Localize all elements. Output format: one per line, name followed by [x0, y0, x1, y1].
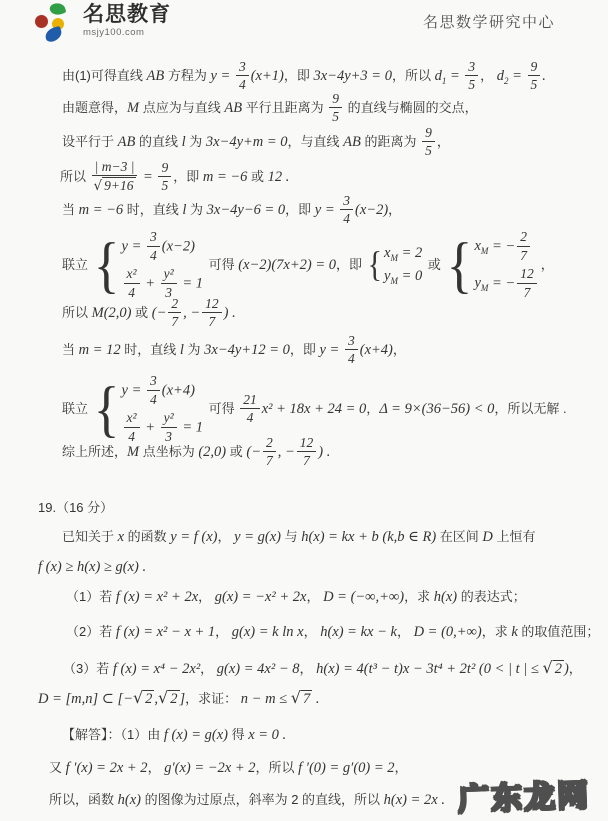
sol18-case-m-12: 当 m = 12 时，直线 l 为 3x−4y+12 = 0，即 y = 34(… — [62, 332, 406, 368]
radical-sign: √ — [543, 658, 553, 677]
math-run: f ′(x) = 2x + 2 — [66, 760, 148, 776]
math-run: h(x) — [118, 792, 141, 808]
denominator: 7 — [520, 247, 527, 264]
text-run: ，求 — [404, 589, 434, 604]
text-run: ，与直线 — [288, 134, 344, 149]
fraction: 214 — [240, 392, 260, 426]
q19-given-1: 已知关于 x 的函数 y = f (x)， y = g(x) 与 h(x) = … — [62, 527, 536, 547]
numerator: y² — [161, 266, 177, 284]
math-run: = − — [488, 238, 515, 254]
math-run: (2,0) — [198, 444, 226, 460]
text-run: ，所以无解 . — [494, 401, 566, 416]
math-run: = — [509, 68, 526, 84]
math-run: M(2,0) — [92, 305, 132, 321]
q19-part2: （2）若 f (x) = x² − x + 1， g(x) = k ln x， … — [66, 621, 599, 643]
fraction: 27 — [263, 435, 276, 469]
text-run: 的距离为 — [361, 134, 420, 149]
math-subscripted: d2 — [497, 68, 509, 84]
fraction: 34 — [147, 229, 160, 263]
sol19-step2: 又 f ′(x) = 2x + 2， g′(x) = −2x + 2，所以 f … — [49, 757, 408, 779]
text-run: 已知关于 — [62, 529, 118, 544]
denominator: 7 — [303, 452, 310, 469]
text-run: 综上所述， — [62, 444, 127, 459]
numerator: 3 — [345, 333, 358, 351]
math-run: y = — [122, 382, 145, 398]
numerator: 3 — [465, 59, 478, 77]
radical-sign: √ — [133, 688, 143, 707]
text-run: ， — [304, 624, 321, 639]
math-run: (x+1) — [251, 68, 284, 84]
fraction: 35 — [465, 59, 478, 93]
text-run: ，求证： — [185, 691, 241, 706]
cases-row: y = 34(x−2) — [122, 229, 195, 263]
math-run: D — [482, 529, 492, 545]
math-run: f (x) = x⁴ − 2x² — [113, 661, 200, 677]
math-run: y = f (x) — [170, 529, 217, 545]
math-run: y = — [315, 202, 338, 218]
text-run: 点坐标为 — [139, 444, 198, 459]
fraction: 34 — [345, 333, 358, 367]
fraction: 95 — [528, 59, 541, 93]
text-run: ，所以 — [256, 760, 299, 775]
math-run: D = [m,n] ⊂ [− — [38, 691, 133, 707]
math-run: f (x) ≥ h(x) ≥ g(x) . — [38, 559, 146, 575]
math-run: 3x−4y+3 = 0 — [313, 68, 391, 84]
math-run: g(x) = k ln x — [232, 624, 304, 640]
q19-number: 19.（16 分） — [38, 498, 113, 518]
math-run: = 2 — [398, 245, 422, 261]
math-run: AB — [118, 134, 136, 150]
math-run: = − — [488, 275, 515, 291]
math-run: h(x) — [434, 589, 457, 605]
fraction: 95 — [158, 160, 171, 194]
cases-group: {xM = 2yM = 0 — [368, 243, 423, 286]
text-run: 所以，函数 — [49, 792, 118, 807]
text-run: 或 — [424, 257, 444, 272]
math-run: f (x) = x² + 2x — [116, 589, 198, 605]
math-run: h(x) = kx − k — [320, 624, 397, 640]
text-run: 可得 — [205, 257, 238, 272]
text-run: 为 — [186, 202, 206, 217]
math-run: (x+4) — [360, 342, 393, 358]
radicand: 2 — [553, 660, 564, 678]
math-run: (x−2) — [355, 202, 388, 218]
text-run: ，即 — [336, 257, 366, 272]
text-run: 或 — [226, 444, 246, 459]
numerator: 2 — [517, 229, 530, 247]
math-run: y² — [164, 266, 174, 281]
denominator: 5 — [332, 108, 339, 125]
math-run: = — [446, 68, 463, 84]
math-run: D = (0,+∞) — [414, 624, 482, 640]
math-run: (x−2) — [162, 238, 195, 254]
math-run: x² + 18x + 24 = 0 — [262, 401, 367, 417]
denominator: 4 — [150, 391, 157, 408]
cases-group: {y = 34(x−2)x²4 + y²3 = 1 — [94, 229, 203, 300]
denominator: 7 — [209, 313, 216, 330]
text-run: 【解答】：（1）由 — [62, 727, 164, 742]
math-run: x = 0 . — [248, 727, 286, 743]
text-run: ，即 — [285, 202, 315, 217]
text-run: 得 — [228, 727, 248, 742]
cases-row: yM = −127 — [474, 266, 538, 300]
text-run: 的取值范围； — [518, 624, 600, 639]
numerator: x² — [124, 410, 140, 428]
text-run: 19.（16 分） — [38, 500, 113, 515]
left-brace-icon: { — [94, 377, 120, 439]
math-run: . — [542, 68, 546, 84]
text-run: 或 — [132, 305, 152, 320]
denominator: 7 — [266, 452, 273, 469]
left-brace-icon: { — [368, 247, 382, 283]
math-run: g(x) = −x² + 2x — [215, 589, 307, 605]
cases-rows: xM = 2yM = 0 — [384, 243, 422, 286]
math-run: f (x) = g(x) — [164, 727, 228, 743]
math-subscripted: xM — [384, 245, 398, 261]
math-run: y = g(x) — [234, 529, 281, 545]
sol18-result-1: 所以 M(2,0) 或 (−27, −127) . — [62, 295, 236, 331]
scanned-worksheet-page: 名思教育 msjy100.com 名思数学研究中心 由(1)可得直线 AB 方程… — [0, 0, 608, 821]
text-run: ， — [480, 68, 497, 83]
math-run: g′(x) = −2x + 2 — [164, 760, 255, 776]
math-run: | m−3 | — [95, 159, 135, 174]
radicand: 2 — [143, 690, 154, 708]
cases-group: {xM = −27yM = −127 — [447, 229, 539, 300]
q19-part3: （3）若 f (x) = x⁴ − 2x²， g(x) = 4x² − 8， h… — [63, 656, 582, 680]
numerator: x² — [124, 266, 140, 284]
sol18-system-1: 联立 {y = 34(x−2)x²4 + y²3 = 1 可得 (x−2)(7x… — [62, 229, 554, 297]
sqrt-expression: √2 — [543, 660, 564, 677]
math-run: f (x) = x² − x + 1 — [116, 624, 215, 640]
text-run: ， — [569, 661, 582, 676]
radicand: 2 — [168, 690, 179, 708]
math-run: m = −6 — [79, 202, 124, 218]
math-run: = 0 — [398, 268, 422, 284]
text-run: ，即 — [173, 169, 203, 184]
math-run: 3x−4y+m = 0 — [206, 134, 288, 150]
subscript: M — [390, 276, 398, 286]
math-run: y = — [210, 68, 233, 84]
text-run: 与 — [281, 529, 301, 544]
fraction: 95 — [329, 91, 342, 125]
text-run: 所以 — [60, 169, 90, 184]
radical-sign: √ — [291, 688, 301, 707]
math-run: 3x−4y+12 = 0 — [204, 342, 290, 358]
text-run: 的图像为过原点，斜率为 2 的直线，所以 — [141, 792, 384, 807]
math-subscripted: d1 — [435, 68, 447, 84]
math-run: Δ = 9×(36−56) < 0 — [379, 401, 494, 417]
math-run: y² — [164, 410, 174, 425]
text-run: 当 — [62, 202, 79, 217]
denominator: 4 — [150, 247, 157, 264]
text-run: ，求 — [482, 624, 512, 639]
text-run: ，所以 — [392, 68, 435, 83]
math-run: AB — [147, 68, 165, 84]
text-run: 的直线与椭圆的交点， — [344, 100, 478, 115]
text-run: ，即 — [290, 342, 320, 357]
text-run: ， — [306, 589, 323, 604]
math-run: y = — [122, 238, 145, 254]
sqrt-expression: √2 — [158, 690, 179, 707]
text-run: 时，直线 — [123, 202, 182, 217]
numerator: 9 — [422, 125, 435, 143]
fraction: 95 — [422, 125, 435, 159]
math-run: + — [142, 419, 159, 435]
math-run: n − m ≤ — [241, 691, 291, 707]
denominator: 5 — [425, 142, 432, 159]
denominator: 4 — [343, 210, 350, 227]
fraction: | m−3 |√9+16 — [92, 159, 138, 195]
text-run: ， — [198, 589, 215, 604]
math-run: (− — [246, 444, 261, 460]
numerator: 9 — [329, 91, 342, 109]
fraction: 127 — [517, 266, 537, 300]
math-run: f ′(0) = g′(0) = 2 — [298, 760, 394, 776]
sol18-system-2: 联立 {y = 34(x+4)x²4 + y²3 = 1 可得 214x² + … — [62, 373, 567, 441]
text-run: ， — [366, 401, 379, 416]
text-run: 的直线 — [135, 134, 181, 149]
numerator: 9 — [528, 59, 541, 77]
math-run: AB — [224, 100, 242, 116]
text-run: 当 — [62, 342, 79, 357]
denominator: 4 — [348, 350, 355, 367]
math-run: h(x) = 4(t³ − t)x − 3t⁴ + 2t² (0 < | t |… — [316, 661, 542, 677]
math-run: + — [142, 275, 159, 291]
fraction: 27 — [517, 229, 530, 263]
math-run: , − — [183, 305, 200, 321]
math-run: x² — [127, 410, 137, 425]
math-run: h(x) = kx + b (k,b ∈ R) — [301, 529, 436, 545]
text-run: 联立 — [62, 401, 92, 416]
math-run: D = (−∞,+∞) — [323, 589, 404, 605]
text-run: （1）若 — [66, 589, 116, 604]
math-run: h(x) = 2x . — [384, 792, 445, 808]
math-run: (x−2)(7x+2) = 0 — [238, 257, 336, 273]
radicand: 7 — [301, 690, 312, 708]
numerator: 9 — [158, 160, 171, 178]
text-run: ， — [148, 760, 165, 775]
math-run: (− — [152, 305, 167, 321]
sqrt-expression: √2 — [133, 690, 154, 707]
text-run: 可得 — [205, 401, 238, 416]
math-run: M — [127, 444, 139, 460]
text-run: ， — [395, 760, 408, 775]
text-run: ， — [200, 661, 217, 676]
math-run: M — [127, 100, 139, 116]
sol18-summary: 综上所述，M 点坐标为 (2,0) 或 (−27, −127) . — [62, 434, 330, 470]
text-run: 在区间 — [436, 529, 482, 544]
text-run: ， — [300, 661, 317, 676]
numerator: 12 — [297, 435, 317, 453]
text-run: ， — [437, 134, 450, 149]
math-run: = — [139, 169, 156, 185]
math-run: . — [312, 691, 319, 707]
text-run: 平行且距离为 — [242, 100, 327, 115]
text-run: （2）若 — [66, 624, 116, 639]
text-run: 的函数 — [124, 529, 170, 544]
radical-sign: √ — [158, 688, 168, 707]
math-run: 3x−4y−6 = 0 — [207, 202, 285, 218]
denominator: 7 — [171, 313, 178, 330]
q19-given-2: f (x) ≥ h(x) ≥ g(x) . — [38, 556, 146, 578]
math-run: m = 12 — [79, 342, 121, 358]
text-run: 的表达式； — [457, 589, 526, 604]
numerator: 3 — [236, 59, 249, 77]
math-run: y = — [320, 342, 343, 358]
text-run: ， — [218, 529, 235, 544]
sol18-case-m-neg6: 当 m = −6 时，直线 l 为 3x−4y−6 = 0，即 y = 34(x… — [62, 192, 401, 228]
text-run: 由题意得， — [62, 100, 127, 115]
math-run: 12 . — [268, 169, 290, 185]
left-brace-icon: { — [447, 233, 473, 295]
fraction: 34 — [236, 59, 249, 93]
math-run: x² — [127, 266, 137, 281]
watermark: 广东龙网 — [457, 770, 590, 820]
sqrt-expression: √7 — [291, 690, 312, 707]
numerator: 2 — [168, 296, 181, 314]
text-run: 或 — [247, 169, 267, 184]
text-run: 设平行于 — [62, 134, 118, 149]
math-run: g(x) = 4x² − 8 — [217, 661, 300, 677]
numerator: 21 — [240, 392, 260, 410]
document-body: 由(1)可得直线 AB 方程为 y = 34(x+1)，即 3x−4y+3 = … — [0, 0, 608, 821]
numerator: 12 — [202, 296, 222, 314]
text-run: 联立 — [62, 257, 92, 272]
text-run: ，即 — [284, 68, 314, 83]
denominator: 7 — [524, 284, 531, 301]
text-run: 为 — [184, 342, 204, 357]
cases-rows: xM = −27yM = −127 — [474, 229, 538, 300]
text-run: ， — [393, 342, 406, 357]
fraction: 34 — [340, 193, 353, 227]
cases-row: xM = −27 — [474, 229, 532, 263]
math-subscripted: yM — [384, 268, 398, 284]
sol19-step3: 所以，函数 h(x) 的图像为过原点，斜率为 2 的直线，所以 h(x) = 2… — [49, 789, 445, 811]
subscript: M — [390, 253, 398, 263]
math-run: = 1 — [179, 419, 203, 435]
text-run: 点应为与直线 — [139, 100, 224, 115]
numerator: y² — [161, 410, 177, 428]
text-run: ， — [541, 257, 554, 272]
fraction: 127 — [202, 296, 222, 330]
fraction: 27 — [168, 296, 181, 330]
text-run: 由(1)可得直线 — [62, 68, 147, 83]
math-run: , − — [278, 444, 295, 460]
text-run: 上恒有 — [493, 529, 536, 544]
math-subscripted: yM — [474, 275, 488, 291]
cases-rows: y = 34(x−2)x²4 + y²3 = 1 — [122, 229, 203, 300]
text-run: （3）若 — [63, 661, 113, 676]
numerator: 3 — [147, 373, 160, 391]
numerator: 3 — [340, 193, 353, 211]
numerator: 2 — [263, 435, 276, 453]
fraction: 127 — [297, 435, 317, 469]
cases-row: y = 34(x+4) — [122, 373, 195, 407]
denominator: 5 — [531, 76, 538, 93]
fraction: 34 — [147, 373, 160, 407]
math-run: = 1 — [179, 275, 203, 291]
q19-part3-claim: D = [m,n] ⊂ [−√2,√2]，求证： n − m ≤ √7 . — [38, 686, 319, 710]
math-subscripted: xM — [474, 238, 488, 254]
cases-row: yM = 0 — [384, 266, 422, 286]
math-run: m = −6 — [203, 169, 248, 185]
cases-row: xM = 2 — [384, 243, 422, 263]
text-run: 所以 — [62, 305, 92, 320]
text-run: 方程为 — [164, 68, 210, 83]
left-brace-icon: { — [94, 233, 120, 295]
text-run: ， — [397, 624, 414, 639]
numerator: 12 — [517, 266, 537, 284]
numerator: 3 — [147, 229, 160, 247]
denominator: 4 — [247, 409, 254, 426]
text-run: 为 — [186, 134, 206, 149]
sol18-m-point: 由题意得，M 点应为与直线 AB 平行且距离为 95 的直线与椭圆的交点， — [62, 90, 478, 126]
math-run: ) . — [318, 444, 330, 460]
sol19-step1: 【解答】：（1）由 f (x) = g(x) 得 x = 0 . — [62, 724, 286, 746]
math-run: ) . — [224, 305, 236, 321]
q19-part1: （1）若 f (x) = x² + 2x， g(x) = −x² + 2x， D… — [66, 586, 526, 608]
text-run: ， — [388, 202, 401, 217]
text-run: ， — [215, 624, 232, 639]
numerator: | m−3 | — [92, 159, 138, 177]
math-run: (x+4) — [162, 382, 195, 398]
math-run: AB — [343, 134, 361, 150]
text-run: 又 — [49, 760, 66, 775]
text-run: 时，直线 — [121, 342, 180, 357]
